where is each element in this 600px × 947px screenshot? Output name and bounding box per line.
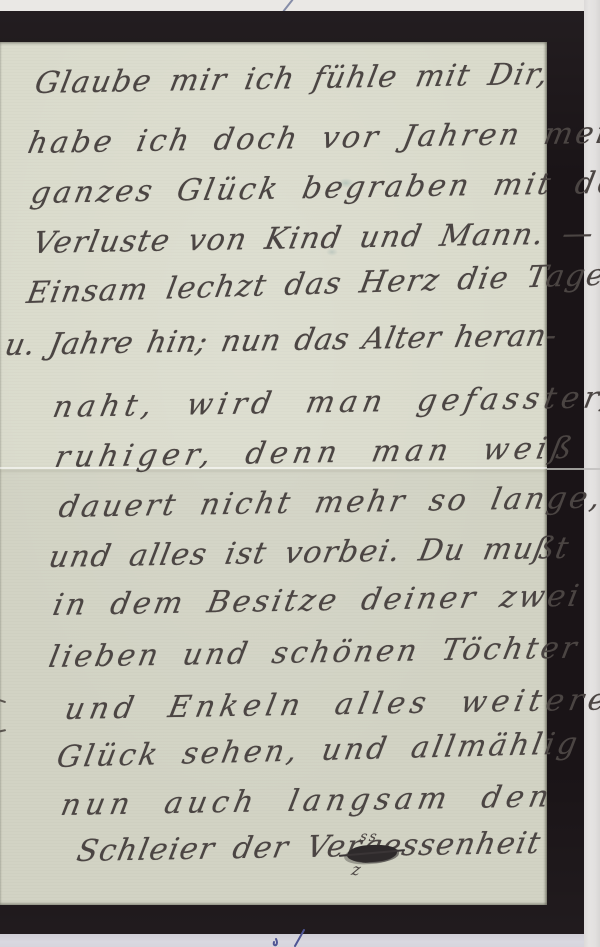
blue-pen-mark-icon bbox=[262, 926, 322, 947]
correction-superscript: ss bbox=[358, 829, 380, 845]
scan-background-top-strip bbox=[0, 0, 600, 11]
fold-crease-strip bbox=[584, 468, 600, 470]
fold-crease-mat bbox=[547, 468, 584, 470]
